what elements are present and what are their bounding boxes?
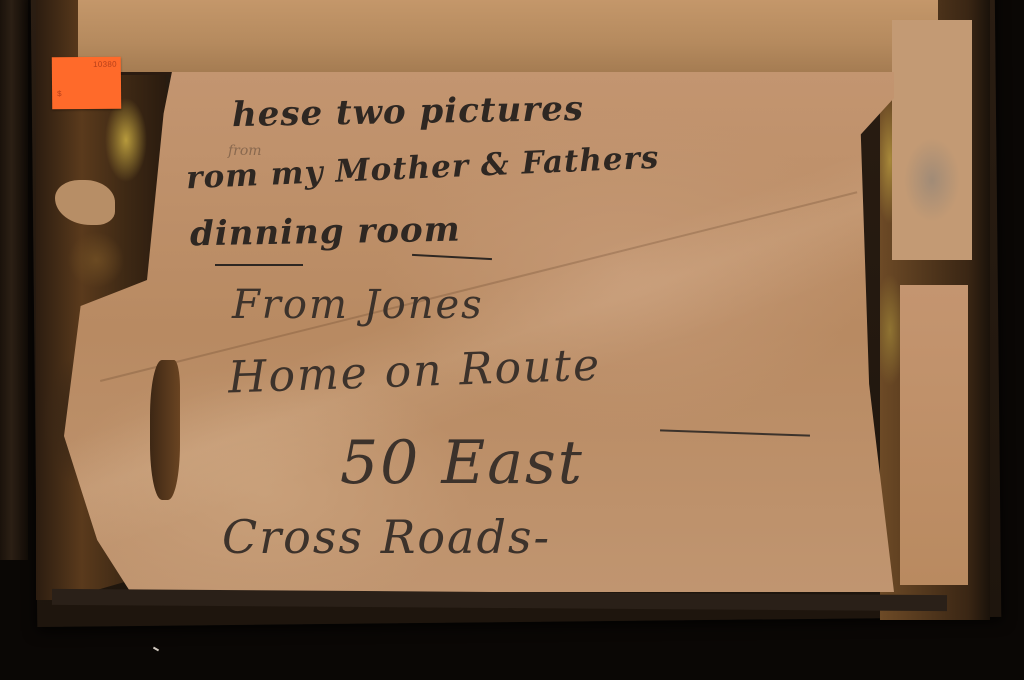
photo-scene: 10380 $ hese two pictures from rom my Mo… [0,0,1024,680]
paper-backing-top [78,0,938,75]
price-sticker: 10380 $ [52,57,121,110]
underline-dinning [215,264,303,266]
neighboring-frame-edge [0,0,28,560]
sticker-code: 10380 [93,60,117,69]
note-line-3: dinning room [190,210,461,255]
sticker-currency: $ [57,89,62,98]
paper-backing-right-lower [900,285,968,585]
paper-stain [150,360,180,500]
pencil-line-3: 50 East [340,428,584,498]
note-line-1: hese two pictures [232,89,585,135]
pencil-line-4: Cross Roads- [222,510,551,564]
floor-speck [153,647,159,652]
pencil-line-1: From Jones [232,282,484,328]
paper-backing-right [892,20,972,260]
